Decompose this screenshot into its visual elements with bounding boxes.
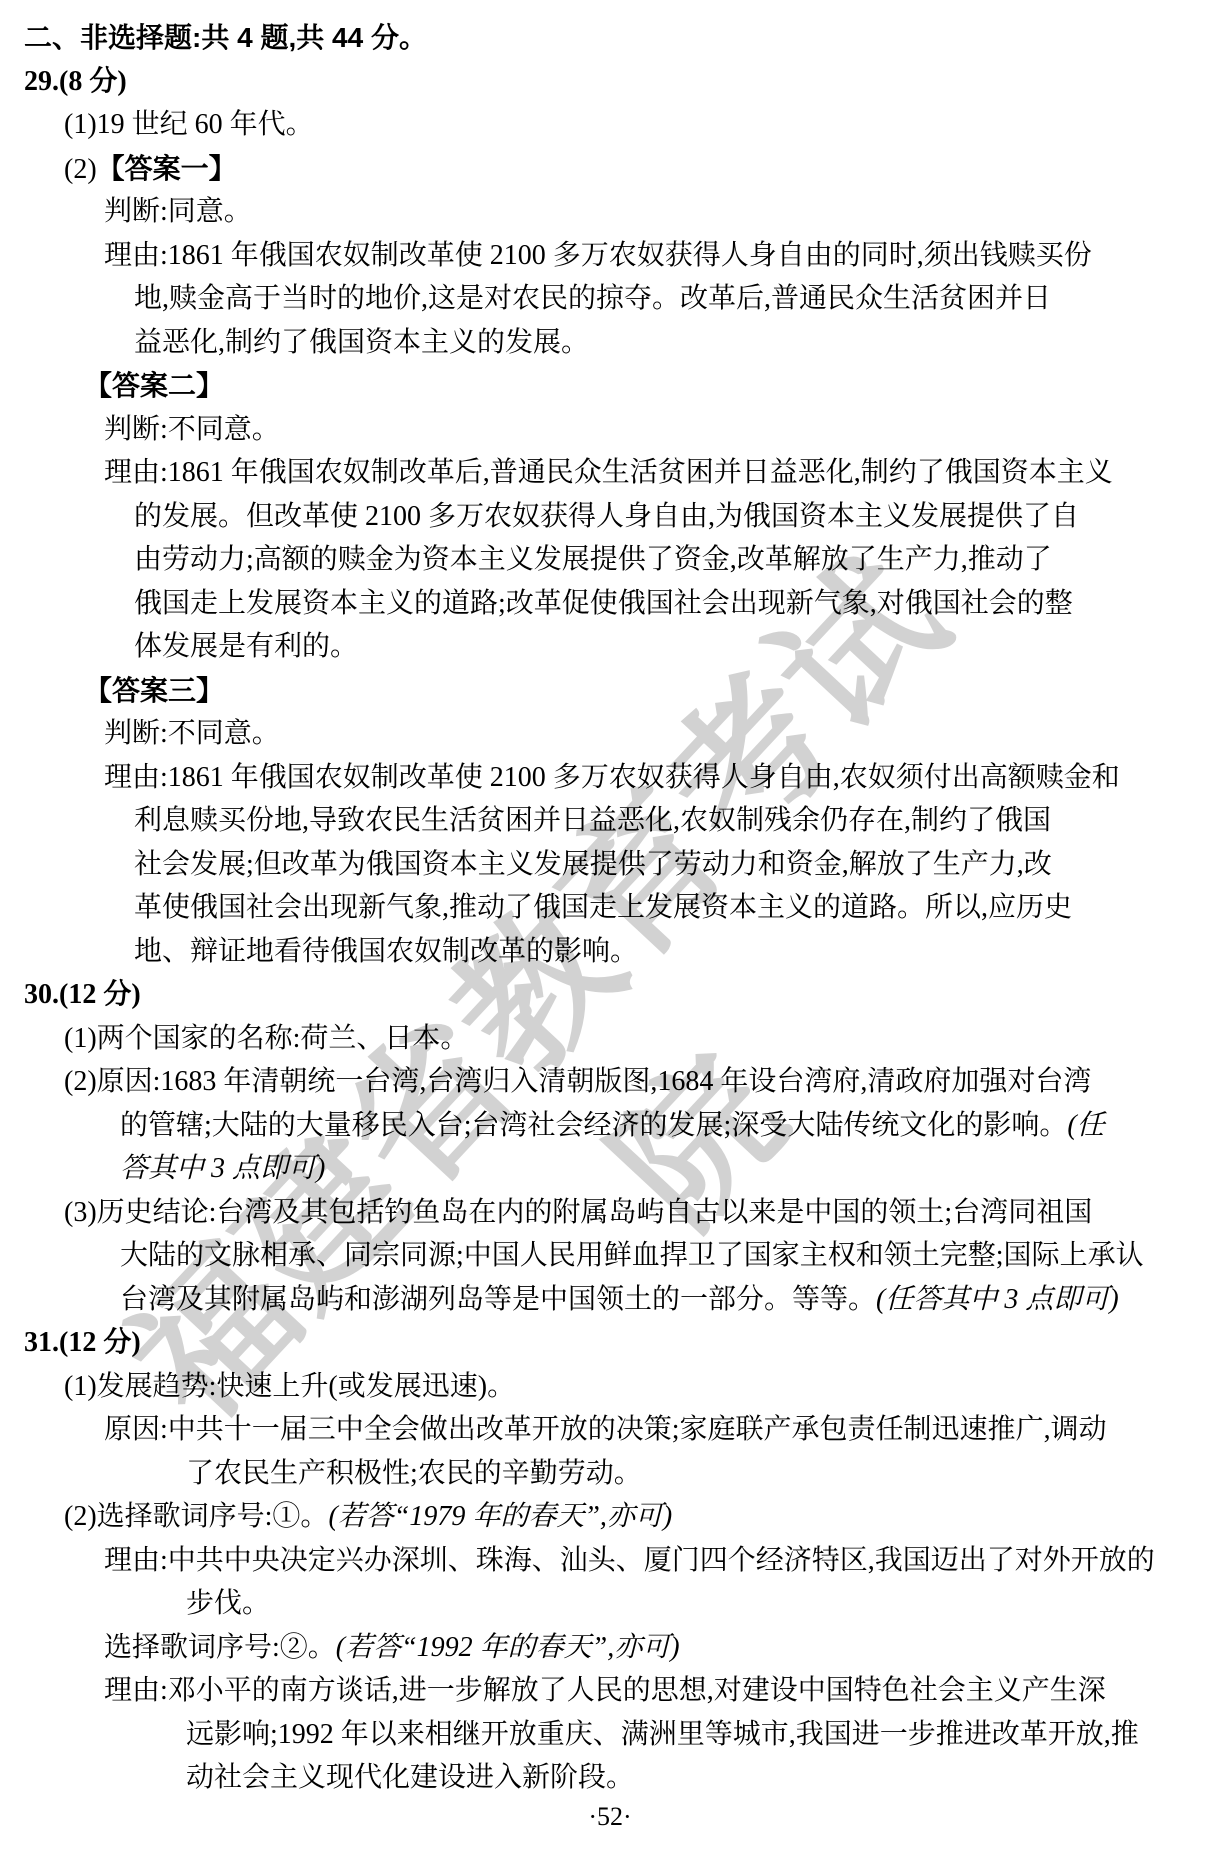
text-segment: 理由:邓小平的南方谈话,进一步解放了人民的思想,对建设中国特色社会主义产生深: [104, 1675, 1106, 1706]
text-segment: (1)两个国家的名称:荷兰、日本。: [64, 1023, 468, 1054]
text-segment: 30.(12 分): [24, 979, 141, 1010]
text-segment: 判断:不同意。: [104, 718, 280, 749]
text-line: 的发展。但改革使 2100 多万农奴获得人身自由,为俄国资本主义发展提供了自: [0, 495, 1220, 539]
text-line: 判断:不同意。: [0, 408, 1220, 452]
text-line: 二、非选择题:共 4 题,共 44 分。: [0, 16, 1220, 60]
text-segment: 体发展是有利的。: [134, 631, 358, 662]
text-line: (2)原因:1683 年清朝统一台湾,台湾归入清朝版图,1684 年设台湾府,清…: [0, 1060, 1220, 1104]
text-segment: 台湾及其附属岛屿和澎湖列岛等是中国领土的一部分。等等。: [120, 1284, 876, 1315]
text-segment: (1)发展趋势:快速上升(或发展迅速)。: [64, 1371, 515, 1402]
text-segment: 理由:1861 年俄国农奴制改革使 2100 多万农奴获得人身自由的同时,须出钱…: [104, 240, 1092, 271]
text-line: 革使俄国社会出现新气象,推动了俄国走上发展资本主义的道路。所以,应历史: [0, 886, 1220, 930]
text-segment: 远影响;1992 年以来相继开放重庆、满洲里等城市,我国进一步推进改革开放,推: [186, 1719, 1139, 1750]
text-line: (3)历史结论:台湾及其包括钓鱼岛在内的附属岛屿自古以来是中国的领土;台湾同祖国: [0, 1191, 1220, 1235]
text-line: (1)两个国家的名称:荷兰、日本。: [0, 1017, 1220, 1061]
text-line: (2)【答案一】: [0, 147, 1220, 191]
text-line: 体发展是有利的。: [0, 625, 1220, 669]
text-segment: 二、非选择题:共 4 题,共 44 分。: [24, 22, 427, 53]
text-line: 俄国走上发展资本主义的道路;改革促使俄国社会出现新气象,对俄国社会的整: [0, 582, 1220, 626]
text-segment: 答其中 3 点即可): [120, 1153, 325, 1184]
text-segment: 动社会主义现代化建设进入新阶段。: [186, 1762, 634, 1793]
text-segment: 大陆的文脉相承、同宗同源;中国人民用鲜血捍卫了国家主权和领土完整;国际上承认: [120, 1240, 1144, 1271]
text-line: 选择歌词序号:②。(若答“1992 年的春天”,亦可): [0, 1626, 1220, 1670]
text-line: 理由:邓小平的南方谈话,进一步解放了人民的思想,对建设中国特色社会主义产生深: [0, 1669, 1220, 1713]
text-line: 的管辖;大陆的大量移民入台;台湾社会经济的发展;深受大陆传统文化的影响。(任: [0, 1104, 1220, 1148]
text-segment: 【答案一】: [97, 153, 237, 184]
text-segment: 地,赎金高于当时的地价,这是对农民的掠夺。改革后,普通民众生活贫困并日: [134, 283, 1051, 314]
text-line: 由劳动力;高额的赎金为资本主义发展提供了资金,改革解放了生产力,推动了: [0, 538, 1220, 582]
text-segment: (任答其中 3 点即可): [876, 1284, 1119, 1315]
text-line: 判断:同意。: [0, 190, 1220, 234]
text-line: 理由:1861 年俄国农奴制改革后,普通民众生活贫困并日益恶化,制约了俄国资本主…: [0, 451, 1220, 495]
text-segment: 的管辖;大陆的大量移民入台;台湾社会经济的发展;深受大陆传统文化的影响。: [120, 1110, 1067, 1141]
text-segment: (3)历史结论:台湾及其包括钓鱼岛在内的附属岛屿自古以来是中国的领土;台湾同祖国: [64, 1197, 1092, 1228]
text-line: 【答案二】: [0, 364, 1220, 408]
text-line: 答其中 3 点即可): [0, 1147, 1220, 1191]
text-line: 【答案三】: [0, 669, 1220, 713]
text-segment: 31.(12 分): [24, 1327, 141, 1358]
text-line: 理由:中共中央决定兴办深圳、珠海、汕头、厦门四个经济特区,我国迈出了对外开放的: [0, 1539, 1220, 1583]
text-segment: 【答案二】: [84, 370, 224, 401]
text-line: 远影响;1992 年以来相继开放重庆、满洲里等城市,我国进一步推进改革开放,推: [0, 1713, 1220, 1757]
text-line: 大陆的文脉相承、同宗同源;中国人民用鲜血捍卫了国家主权和领土完整;国际上承认: [0, 1234, 1220, 1278]
text-line: 益恶化,制约了俄国资本主义的发展。: [0, 321, 1220, 365]
text-segment: 理由:中共中央决定兴办深圳、珠海、汕头、厦门四个经济特区,我国迈出了对外开放的: [104, 1545, 1155, 1576]
text-line: 原因:中共十一届三中全会做出改革开放的决策;家庭联产承包责任制迅速推广,调动: [0, 1408, 1220, 1452]
text-line: 社会发展;但改革为俄国资本主义发展提供了劳动力和资金,解放了生产力,改: [0, 843, 1220, 887]
text-line: 动社会主义现代化建设进入新阶段。: [0, 1756, 1220, 1800]
text-segment: 社会发展;但改革为俄国资本主义发展提供了劳动力和资金,解放了生产力,改: [134, 849, 1052, 880]
text-segment: 原因:中共十一届三中全会做出改革开放的决策;家庭联产承包责任制迅速推广,调动: [104, 1414, 1107, 1445]
text-line: 台湾及其附属岛屿和澎湖列岛等是中国领土的一部分。等等。(任答其中 3 点即可): [0, 1278, 1220, 1322]
text-segment: 理由:1861 年俄国农奴制改革后,普通民众生活贫困并日益恶化,制约了俄国资本主…: [104, 457, 1113, 488]
text-segment: 判断:不同意。: [104, 414, 280, 445]
text-segment: 由劳动力;高额的赎金为资本主义发展提供了资金,改革解放了生产力,推动了: [134, 544, 1052, 575]
text-segment: (2): [64, 154, 97, 185]
text-segment: (2)选择歌词序号:①。: [64, 1501, 328, 1532]
text-segment: 地、辩证地看待俄国农奴制改革的影响。: [134, 936, 638, 967]
text-segment: 的发展。但改革使 2100 多万农奴获得人身自由,为俄国资本主义发展提供了自: [134, 501, 1079, 532]
text-segment: (1)19 世纪 60 年代。: [64, 109, 314, 140]
text-line: 理由:1861 年俄国农奴制改革使 2100 多万农奴获得人身自由,农奴须付出高…: [0, 756, 1220, 800]
text-line: 31.(12 分): [0, 1321, 1220, 1365]
document-body: 二、非选择题:共 4 题,共 44 分。29.(8 分)(1)19 世纪 60 …: [0, 0, 1220, 1800]
text-segment: 【答案三】: [84, 675, 224, 706]
text-line: 地、辩证地看待俄国农奴制改革的影响。: [0, 930, 1220, 974]
text-line: 30.(12 分): [0, 973, 1220, 1017]
text-segment: (任: [1067, 1110, 1104, 1141]
text-line: 29.(8 分): [0, 60, 1220, 104]
text-segment: 判断:同意。: [104, 196, 252, 227]
text-line: (2)选择歌词序号:①。(若答“1979 年的春天”,亦可): [0, 1495, 1220, 1539]
page-number: ·52·: [0, 1802, 1220, 1832]
text-line: 步伐。: [0, 1582, 1220, 1626]
text-segment: 步伐。: [186, 1588, 270, 1619]
text-line: 地,赎金高于当时的地价,这是对农民的掠夺。改革后,普通民众生活贫困并日: [0, 277, 1220, 321]
text-line: 理由:1861 年俄国农奴制改革使 2100 多万农奴获得人身自由的同时,须出钱…: [0, 234, 1220, 278]
text-line: (1)19 世纪 60 年代。: [0, 103, 1220, 147]
text-line: 判断:不同意。: [0, 712, 1220, 756]
text-segment: 利息赎买份地,导致农民生活贫困并日益恶化,农奴制残余仍存在,制约了俄国: [134, 805, 1051, 836]
text-segment: 益恶化,制约了俄国资本主义的发展。: [134, 327, 589, 358]
text-segment: 俄国走上发展资本主义的道路;改革促使俄国社会出现新气象,对俄国社会的整: [134, 588, 1073, 619]
text-segment: (2)原因:1683 年清朝统一台湾,台湾归入清朝版图,1684 年设台湾府,清…: [64, 1066, 1091, 1097]
text-segment: 29.(8 分): [24, 66, 127, 97]
text-line: (1)发展趋势:快速上升(或发展迅速)。: [0, 1365, 1220, 1409]
text-segment: 理由:1861 年俄国农奴制改革使 2100 多万农奴获得人身自由,农奴须付出高…: [104, 762, 1120, 793]
text-line: 利息赎买份地,导致农民生活贫困并日益恶化,农奴制残余仍存在,制约了俄国: [0, 799, 1220, 843]
text-segment: (若答“1979 年的春天”,亦可): [328, 1501, 672, 1532]
text-segment: (若答“1992 年的春天”,亦可): [336, 1632, 680, 1663]
text-segment: 了农民生产积极性;农民的辛勤劳动。: [186, 1458, 642, 1489]
text-segment: 革使俄国社会出现新气象,推动了俄国走上发展资本主义的道路。所以,应历史: [134, 892, 1072, 923]
text-segment: 选择歌词序号:②。: [104, 1632, 336, 1663]
text-line: 了农民生产积极性;农民的辛勤劳动。: [0, 1452, 1220, 1496]
